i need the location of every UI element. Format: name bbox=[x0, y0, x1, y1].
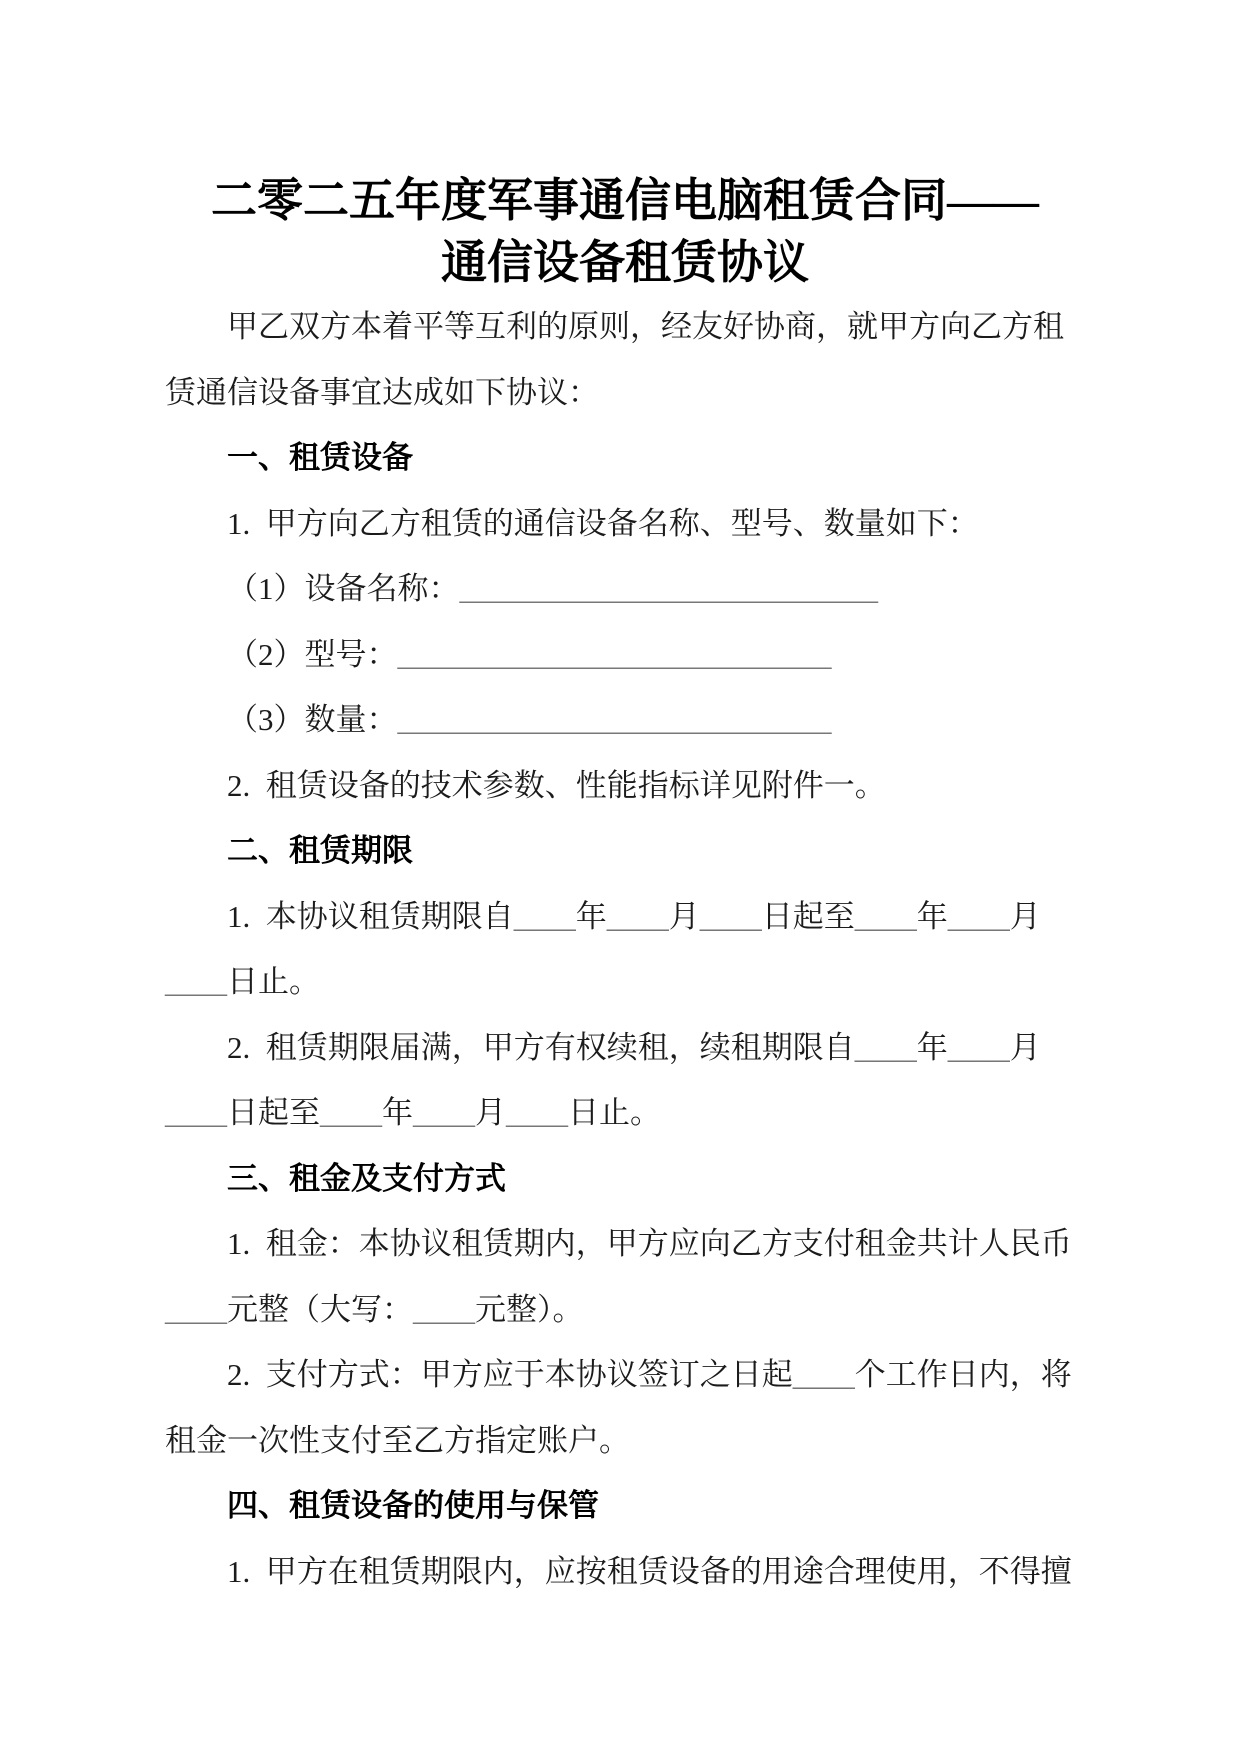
field-quantity: （3）数量：____________________________ bbox=[165, 687, 1085, 753]
blank-underline: ____________________________ bbox=[398, 637, 832, 672]
blank-underline: ____ bbox=[165, 1292, 227, 1327]
blank-underline: ____ bbox=[700, 899, 762, 934]
clause-2-1-line-1: 1. 本协议租赁期限自____年____月____日起至____年____月 bbox=[165, 884, 1085, 950]
blank-underline: ____ bbox=[855, 1030, 917, 1065]
document-page: 二零二五年度军事通信电脑租赁合同—— 通信设备租赁协议 甲乙双方本着平等互利的原… bbox=[0, 0, 1240, 1753]
blank-underline: ____ bbox=[948, 1030, 1010, 1065]
intro-paragraph-line-1: 甲乙双方本着平等互利的原则，经友好协商，就甲方向乙方租 bbox=[165, 294, 1085, 360]
intro-paragraph-line-2: 赁通信设备事宜达成如下协议： bbox=[165, 360, 1085, 426]
section-heading-1: 一、租赁设备 bbox=[165, 425, 1085, 491]
section-heading-2: 二、租赁期限 bbox=[165, 818, 1085, 884]
blank-underline: ____ bbox=[413, 1095, 475, 1130]
clause-3-1-line-1: 1. 租金：本协议租赁期内，甲方应向乙方支付租金共计人民币 bbox=[165, 1211, 1085, 1277]
blank-underline: ____ bbox=[514, 899, 576, 934]
clause-1-2: 2. 租赁设备的技术参数、性能指标详见附件一。 bbox=[165, 753, 1085, 819]
field-model: （2）型号：____________________________ bbox=[165, 622, 1085, 688]
blank-underline: ____ bbox=[506, 1095, 568, 1130]
field-device-name: （1）设备名称：___________________________ bbox=[165, 556, 1085, 622]
clause-2-2-line-2: ____日起至____年____月____日止。 bbox=[165, 1080, 1085, 1146]
blank-underline: ____ bbox=[948, 899, 1010, 934]
section-heading-4: 四、租赁设备的使用与保管 bbox=[165, 1473, 1085, 1539]
blank-underline: ____________________________ bbox=[398, 702, 832, 737]
blank-underline: ____ bbox=[607, 899, 669, 934]
blank-underline: ____ bbox=[413, 1292, 475, 1327]
blank-underline: ____ bbox=[165, 1095, 227, 1130]
blank-underline: ____ bbox=[793, 1357, 855, 1392]
clause-4-1-line-1: 1. 甲方在租赁期限内，应按租赁设备的用途合理使用，不得擅 bbox=[165, 1539, 1085, 1605]
blank-underline: ____ bbox=[165, 964, 227, 999]
clause-3-2-line-1: 2. 支付方式：甲方应于本协议签订之日起____个工作日内，将 bbox=[165, 1342, 1085, 1408]
blank-underline: ____ bbox=[855, 899, 917, 934]
clause-2-1-line-2: ____日止。 bbox=[165, 949, 1085, 1015]
blank-underline: ___________________________ bbox=[460, 571, 879, 606]
blank-underline: ____ bbox=[320, 1095, 382, 1130]
clause-1-1: 1. 甲方向乙方租赁的通信设备名称、型号、数量如下： bbox=[165, 491, 1085, 557]
section-heading-3: 三、租金及支付方式 bbox=[165, 1146, 1085, 1212]
clause-2-2-line-1: 2. 租赁期限届满，甲方有权续租，续租期限自____年____月 bbox=[165, 1015, 1085, 1081]
clause-3-1-line-2: ____元整（大写：____元整）。 bbox=[165, 1277, 1085, 1343]
document-title-line-2: 通信设备租赁协议 bbox=[165, 232, 1085, 294]
clause-3-2-line-2: 租金一次性支付至乙方指定账户。 bbox=[165, 1408, 1085, 1474]
document-title-line-1: 二零二五年度军事通信电脑租赁合同—— bbox=[165, 170, 1085, 232]
